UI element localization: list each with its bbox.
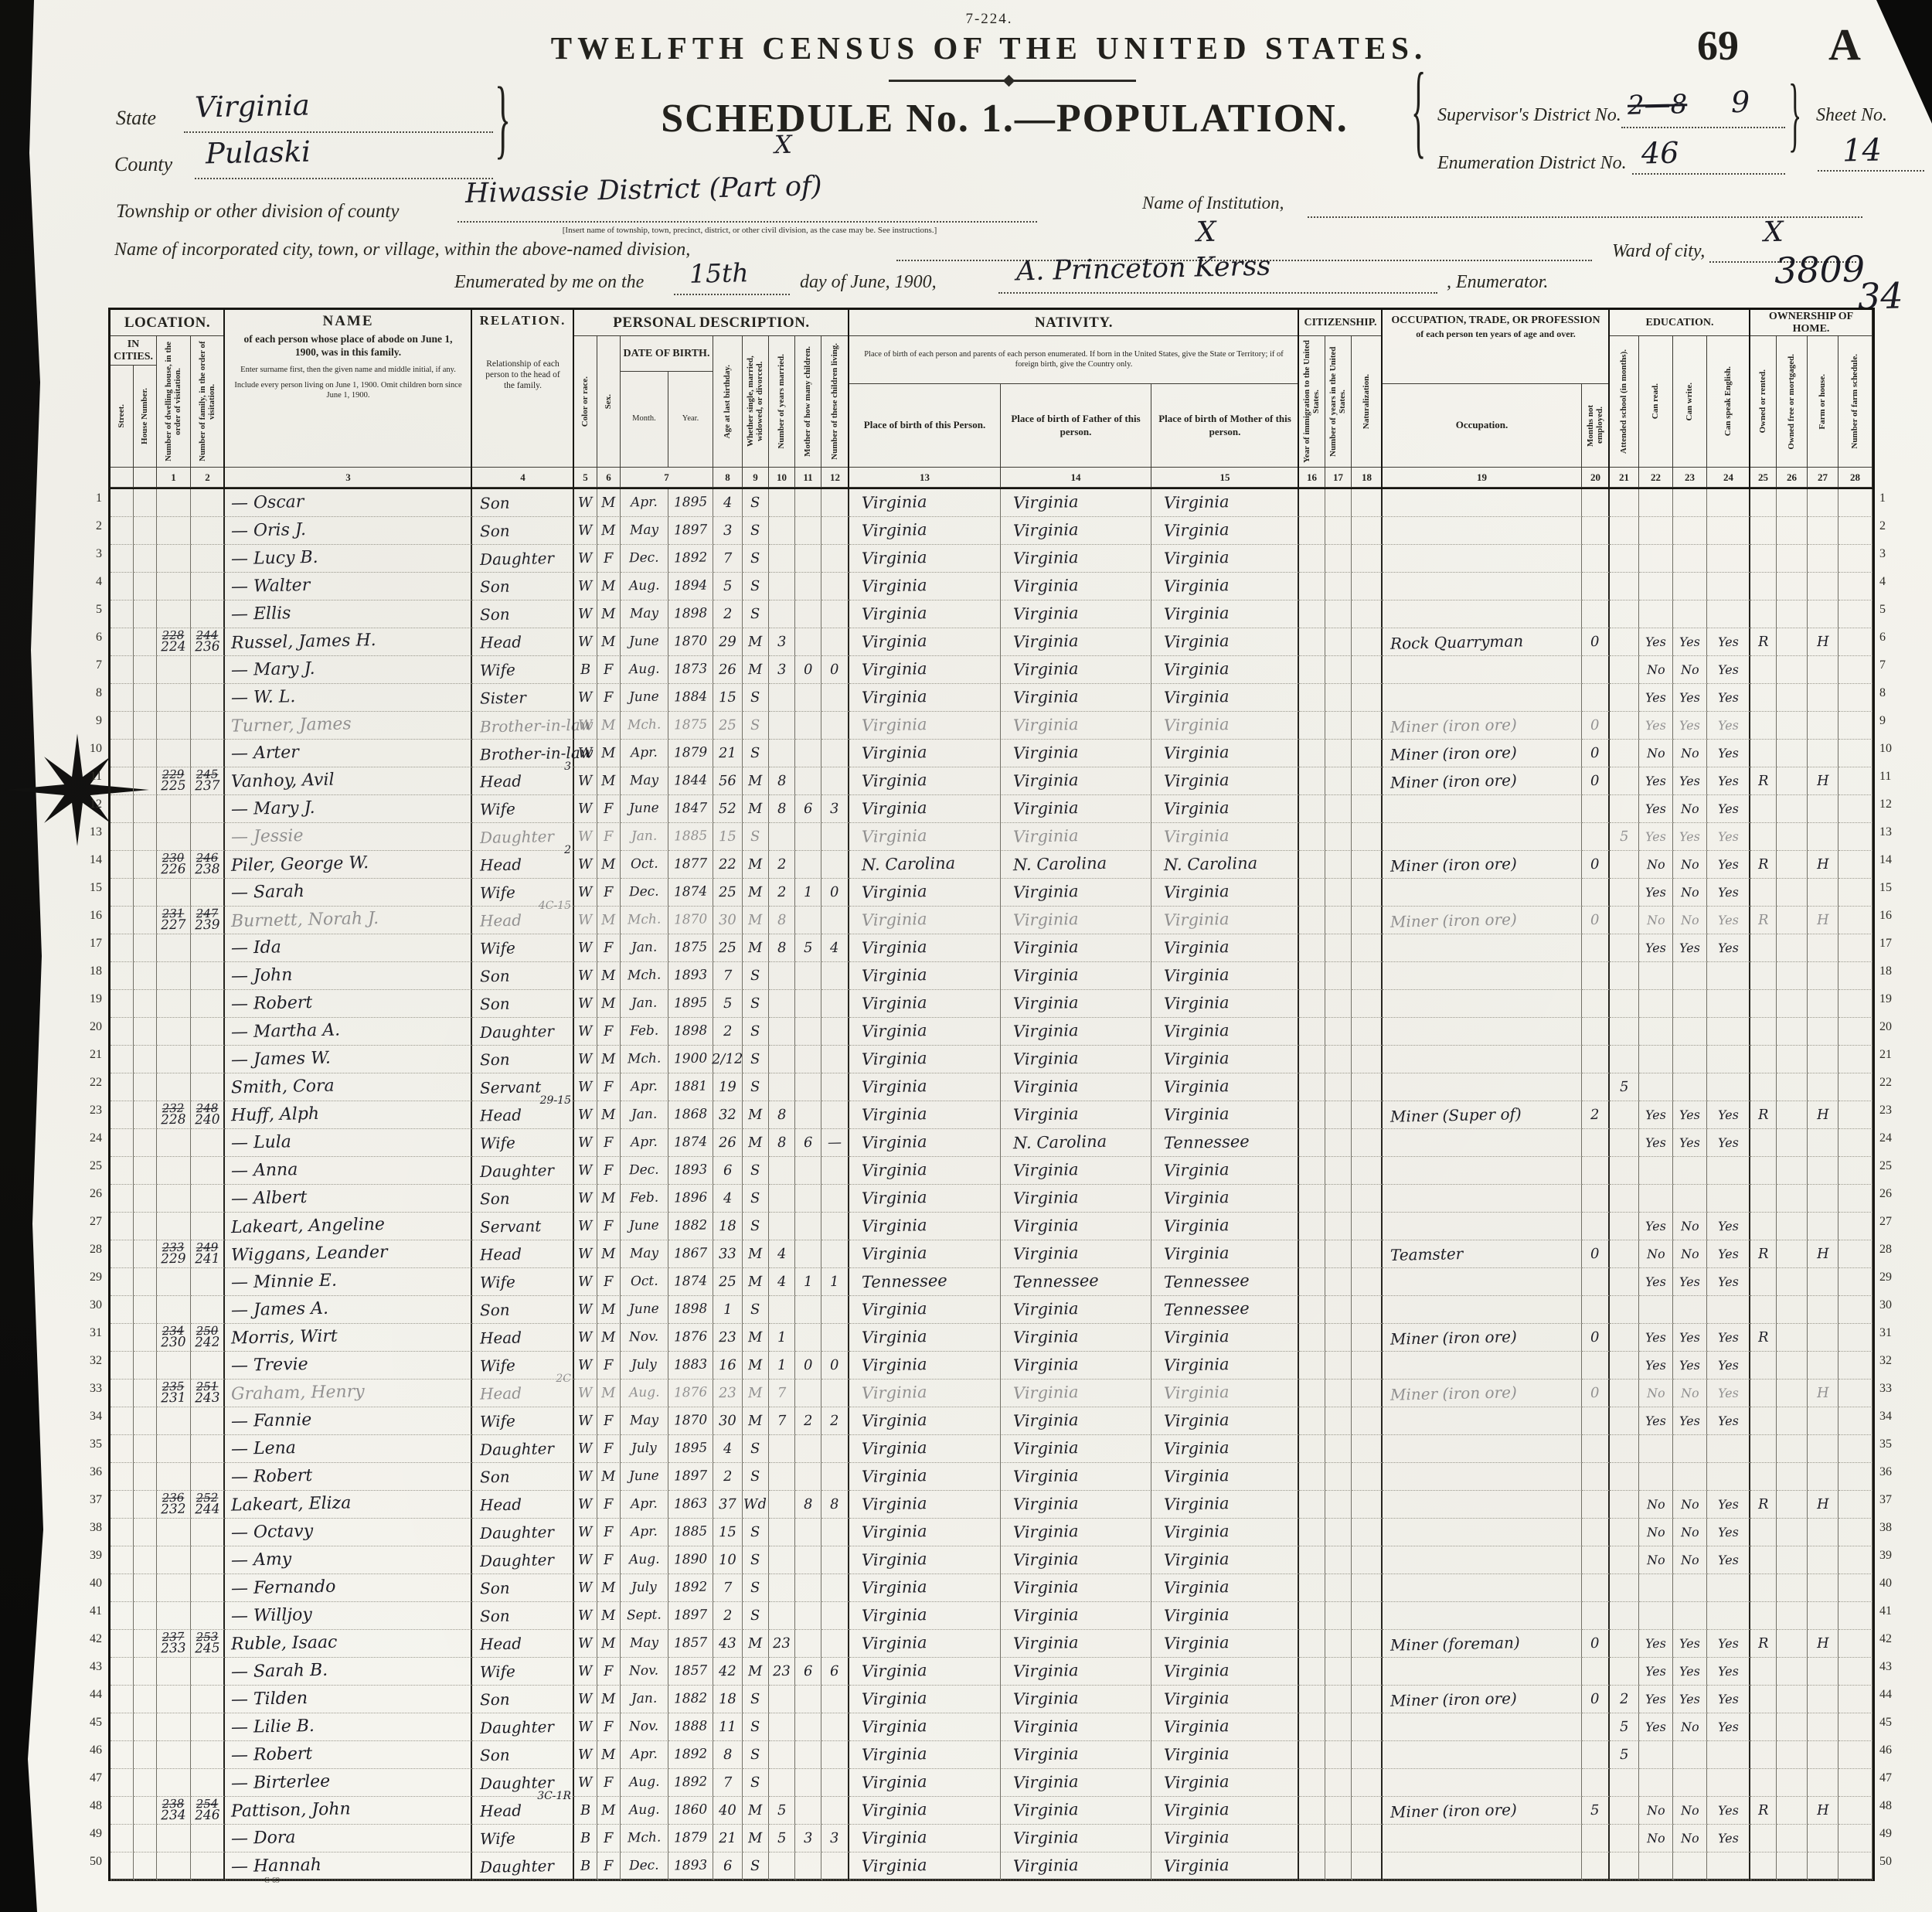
row-36-yrs_married <box>769 1463 795 1491</box>
right-row-number-17: 17 <box>1879 937 1909 951</box>
row-8-farm_schedule <box>1838 684 1872 712</box>
row-24-months_not_employed <box>1582 1129 1610 1157</box>
row-13-children_living <box>821 823 849 851</box>
row-4-street <box>111 573 134 600</box>
sheet-number-label: Sheet No. <box>1816 105 1887 126</box>
row-8-school <box>1610 684 1639 712</box>
row-18-bp_mother: Virginia <box>1151 962 1299 990</box>
row-7-months_not_employed <box>1582 656 1610 684</box>
row-26-children_living <box>821 1185 849 1213</box>
row-5-bp_mother: Virginia <box>1151 600 1299 628</box>
row-34-read: Yes <box>1639 1407 1673 1435</box>
row-37-name: Lakeart, Eliza <box>225 1491 472 1519</box>
row-13-immig_year <box>1299 823 1325 851</box>
row-2-mortgage <box>1777 517 1808 545</box>
row-19-immig_year <box>1299 990 1325 1018</box>
row-7-farm_house <box>1808 656 1838 684</box>
row-12-months_not_employed <box>1582 795 1610 823</box>
row-28-bp_father: Virginia <box>1001 1240 1151 1268</box>
row-31-english: Yes <box>1707 1324 1750 1352</box>
state-county-brace: } <box>495 67 511 170</box>
row-10-read: No <box>1639 740 1673 767</box>
row-1-years_us <box>1325 489 1352 517</box>
row-50-naturalization <box>1352 1852 1383 1880</box>
row-3-months_not_employed <box>1582 545 1610 573</box>
row-3-street <box>111 545 134 573</box>
row-5-age: 2 <box>713 600 743 628</box>
row-4-farm_schedule <box>1838 573 1872 600</box>
row-13-bp_father: Virginia <box>1001 823 1151 851</box>
row-36-bp_father: Virginia <box>1001 1463 1151 1491</box>
row-11-children_living <box>821 767 849 795</box>
row-18-months_not_employed <box>1582 962 1610 990</box>
row-24-farm_schedule <box>1838 1129 1872 1157</box>
row-28-mortgage <box>1777 1240 1808 1268</box>
row-46-read <box>1639 1741 1673 1769</box>
row-29-english: Yes <box>1707 1268 1750 1296</box>
row-2-farm_house <box>1808 517 1838 545</box>
row-12-month: June <box>621 795 668 823</box>
row-18-owned <box>1750 962 1777 990</box>
row-1-naturalization <box>1352 489 1383 517</box>
county-label: County <box>114 153 172 176</box>
row-33-color: W <box>574 1380 597 1407</box>
row-28-write: No <box>1673 1240 1707 1268</box>
row-9-marital: S <box>743 712 769 740</box>
row-37-mother_of: 8 <box>795 1491 821 1519</box>
row-15-yrs_married: 2 <box>769 879 795 907</box>
row-34-name: — Fannie <box>225 1407 472 1435</box>
row-13-family <box>191 823 225 851</box>
row-36-write <box>1673 1463 1707 1491</box>
row-11-family: 245237 <box>191 767 225 795</box>
row-28-bp_person: Virginia <box>849 1240 1001 1268</box>
row-38-bp_person: Virginia <box>849 1519 1001 1546</box>
row-37-write: No <box>1673 1491 1707 1519</box>
row-48-farm_schedule <box>1838 1797 1872 1825</box>
row-6-write: Yes <box>1673 628 1707 656</box>
row-4-immig_year <box>1299 573 1325 600</box>
row-5-mother_of <box>795 600 821 628</box>
row-40-children_living <box>821 1574 849 1602</box>
row-19-year: 1895 <box>668 990 713 1018</box>
row-49-months_not_employed <box>1582 1825 1610 1852</box>
enumerator-suffix: , Enumerator. <box>1447 272 1548 293</box>
row-14-street <box>111 851 134 879</box>
right-row-number-36: 36 <box>1879 1465 1909 1479</box>
row-35-year: 1895 <box>668 1435 713 1463</box>
row-17-year: 1875 <box>668 934 713 962</box>
row-25-farm_schedule <box>1838 1157 1872 1185</box>
row-4-color: W <box>574 573 597 600</box>
row-48-occupation: Miner (iron ore) <box>1383 1797 1582 1825</box>
row-4-relation: Son <box>472 573 574 600</box>
row-35-street <box>111 1435 134 1463</box>
row-45-age: 11 <box>713 1713 743 1741</box>
row-22-dwelling <box>157 1073 191 1101</box>
row-13-months_not_employed <box>1582 823 1610 851</box>
row-10-write: No <box>1673 740 1707 767</box>
right-row-number-37: 37 <box>1879 1493 1909 1507</box>
row-45-color: W <box>574 1713 597 1741</box>
row-45-bp_father: Virginia <box>1001 1713 1151 1741</box>
row-14-naturalization <box>1352 851 1383 879</box>
row-39-bp_mother: Virginia <box>1151 1546 1299 1574</box>
row-23-color: W <box>574 1101 597 1129</box>
row-4-yrs_married <box>769 573 795 600</box>
row-30-age: 1 <box>713 1296 743 1324</box>
row-50-children_living <box>821 1852 849 1880</box>
city-x-mark: X <box>1196 216 1216 249</box>
row-30-color: W <box>574 1296 597 1324</box>
row-36-month: June <box>621 1463 668 1491</box>
row-1-occupation <box>1383 489 1582 517</box>
row-24-mother_of: 6 <box>795 1129 821 1157</box>
row-6-month: June <box>621 628 668 656</box>
row-1-school <box>1610 489 1639 517</box>
row-29-years_us <box>1325 1268 1352 1296</box>
row-34-owned <box>1750 1407 1777 1435</box>
row-24-bp_father: N. Carolina <box>1001 1129 1151 1157</box>
row-32-farm_schedule <box>1838 1352 1872 1380</box>
row-41-immig_year <box>1299 1602 1325 1630</box>
row-38-farm_schedule <box>1838 1519 1872 1546</box>
row-31-bp_person: Virginia <box>849 1324 1001 1352</box>
row-14-children_living <box>821 851 849 879</box>
row-12-years_us <box>1325 795 1352 823</box>
row-16-name: Burnett, Norah J. <box>225 907 472 934</box>
row-37-school <box>1610 1491 1639 1519</box>
row-13-sex: F <box>597 823 621 851</box>
row-5-years_us <box>1325 600 1352 628</box>
row-28-children_living <box>821 1240 849 1268</box>
row-1-english <box>1707 489 1750 517</box>
row-50-bp_mother: Virginia <box>1151 1852 1299 1880</box>
row-14-english: Yes <box>1707 851 1750 879</box>
supervisor-district-label: Supervisor's District No. <box>1437 105 1621 126</box>
row-15-house <box>134 879 157 907</box>
row-23-dwelling: 232228 <box>157 1101 191 1129</box>
row-33-farm_house: H <box>1808 1380 1838 1407</box>
row-37-occupation <box>1383 1491 1582 1519</box>
row-13-street <box>111 823 134 851</box>
row-2-year: 1897 <box>668 517 713 545</box>
row-29-children_living: 1 <box>821 1268 849 1296</box>
row-19-mother_of <box>795 990 821 1018</box>
row-25-english <box>1707 1157 1750 1185</box>
row-28-owned: R <box>1750 1240 1777 1268</box>
row-47-months_not_employed <box>1582 1769 1610 1797</box>
row-4-owned <box>1750 573 1777 600</box>
row-30-yrs_married <box>769 1296 795 1324</box>
row-3-dwelling <box>157 545 191 573</box>
row-11-house <box>134 767 157 795</box>
row-11-bp_father: Virginia <box>1001 767 1151 795</box>
row-44-owned <box>1750 1686 1777 1713</box>
row-17-street <box>111 934 134 962</box>
row-5-relation: Son <box>472 600 574 628</box>
row-23-age: 32 <box>713 1101 743 1129</box>
row-4-read <box>1639 573 1673 600</box>
row-45-immig_year <box>1299 1713 1325 1741</box>
row-35-age: 4 <box>713 1435 743 1463</box>
row-29-color: W <box>574 1268 597 1296</box>
row-29-sex: F <box>597 1268 621 1296</box>
row-50-yrs_married <box>769 1852 795 1880</box>
row-2-house <box>134 517 157 545</box>
row-8-months_not_employed <box>1582 684 1610 712</box>
row-10-years_us <box>1325 740 1352 767</box>
row-8-house <box>134 684 157 712</box>
row-19-name: — Robert <box>225 990 472 1018</box>
row-34-immig_year <box>1299 1407 1325 1435</box>
left-row-number-2: 2 <box>73 519 102 533</box>
row-14-farm_house: H <box>1808 851 1838 879</box>
row-6-sex: M <box>597 628 621 656</box>
row-46-write <box>1673 1741 1707 1769</box>
row-47-street <box>111 1769 134 1797</box>
row-5-yrs_married <box>769 600 795 628</box>
row-24-immig_year <box>1299 1129 1325 1157</box>
row-48-farm_house: H <box>1808 1797 1838 1825</box>
row-21-family <box>191 1046 225 1073</box>
row-11-name: Vanhoy, Avil <box>225 767 472 795</box>
row-8-bp_mother: Virginia <box>1151 684 1299 712</box>
row-46-dwelling <box>157 1741 191 1769</box>
row-11-sex: M <box>597 767 621 795</box>
row-16-marital: M <box>743 907 769 934</box>
row-16-mortgage <box>1777 907 1808 934</box>
row-32-mortgage <box>1777 1352 1808 1380</box>
row-32-dwelling <box>157 1352 191 1380</box>
row-34-occupation <box>1383 1407 1582 1435</box>
row-3-color: W <box>574 545 597 573</box>
page-letter: A <box>1828 19 1861 70</box>
right-row-number-19: 19 <box>1879 992 1909 1006</box>
col-number-house <box>134 468 157 488</box>
row-17-age: 25 <box>713 934 743 962</box>
row-45-months_not_employed <box>1582 1713 1610 1741</box>
row-12-immig_year <box>1299 795 1325 823</box>
row-7-bp_person: Virginia <box>849 656 1001 684</box>
row-26-naturalization <box>1352 1185 1383 1213</box>
row-28-relation: Head <box>472 1240 574 1268</box>
row-6-farm_house: H <box>1808 628 1838 656</box>
row-20-bp_person: Virginia <box>849 1018 1001 1046</box>
row-19-bp_father: Virginia <box>1001 990 1151 1018</box>
right-row-number-46: 46 <box>1879 1744 1909 1757</box>
row-20-years_us <box>1325 1018 1352 1046</box>
row-29-read: Yes <box>1639 1268 1673 1296</box>
row-20-color: W <box>574 1018 597 1046</box>
col-number-relation: 4 <box>472 468 574 488</box>
row-33-naturalization <box>1352 1380 1383 1407</box>
row-22-occupation <box>1383 1073 1582 1101</box>
row-46-school: 5 <box>1610 1741 1639 1769</box>
row-30-occupation <box>1383 1296 1582 1324</box>
row-9-years_us <box>1325 712 1352 740</box>
row-15-street <box>111 879 134 907</box>
row-15-marital: M <box>743 879 769 907</box>
row-22-immig_year <box>1299 1073 1325 1101</box>
row-10-family <box>191 740 225 767</box>
row-32-color: W <box>574 1352 597 1380</box>
row-36-bp_mother: Virginia <box>1151 1463 1299 1491</box>
right-row-number-50: 50 <box>1879 1855 1909 1869</box>
row-11-write: Yes <box>1673 767 1707 795</box>
row-2-marital: S <box>743 517 769 545</box>
row-33-name: Graham, Henry <box>225 1380 472 1407</box>
row-14-relation: Head2 <box>472 851 574 879</box>
row-31-immig_year <box>1299 1324 1325 1352</box>
row-15-write: No <box>1673 879 1707 907</box>
row-27-occupation <box>1383 1213 1582 1240</box>
row-21-year: 1900 <box>668 1046 713 1073</box>
row-50-month: Dec. <box>621 1852 668 1880</box>
row-7-mother_of: 0 <box>795 656 821 684</box>
row-18-farm_schedule <box>1838 962 1872 990</box>
right-row-number-48: 48 <box>1879 1799 1909 1813</box>
row-33-year: 1876 <box>668 1380 713 1407</box>
row-5-dwelling <box>157 600 191 628</box>
row-50-mother_of <box>795 1852 821 1880</box>
row-11-bp_mother: Virginia <box>1151 767 1299 795</box>
row-15-english: Yes <box>1707 879 1750 907</box>
row-10-bp_person: Virginia <box>849 740 1001 767</box>
row-33-farm_schedule <box>1838 1380 1872 1407</box>
row-49-farm_schedule <box>1838 1825 1872 1852</box>
row-5-bp_father: Virginia <box>1001 600 1151 628</box>
row-2-dwelling <box>157 517 191 545</box>
row-25-bp_person: Virginia <box>849 1157 1001 1185</box>
row-1-sex: M <box>597 489 621 517</box>
row-46-bp_person: Virginia <box>849 1741 1001 1769</box>
row-6-marital: M <box>743 628 769 656</box>
row-21-school <box>1610 1046 1639 1073</box>
row-18-mother_of <box>795 962 821 990</box>
row-2-english <box>1707 517 1750 545</box>
row-33-sex: M <box>597 1380 621 1407</box>
row-37-year: 1863 <box>668 1491 713 1519</box>
schedule-title: SCHEDULE No. 1.—POPULATION. <box>541 96 1468 141</box>
row-1-bp_person: Virginia <box>849 489 1001 517</box>
row-8-relation: Sister <box>472 684 574 712</box>
row-9-relation: Brother-in-law <box>472 712 574 740</box>
row-9-month: Mch. <box>621 712 668 740</box>
row-42-street <box>111 1630 134 1658</box>
row-50-english <box>1707 1852 1750 1880</box>
row-42-family: 253245 <box>191 1630 225 1658</box>
row-23-bp_person: Virginia <box>849 1101 1001 1129</box>
row-10-age: 21 <box>713 740 743 767</box>
row-36-children_living <box>821 1463 849 1491</box>
row-15-dwelling <box>157 879 191 907</box>
row-22-farm_schedule <box>1838 1073 1872 1101</box>
row-31-street <box>111 1324 134 1352</box>
row-48-children_living <box>821 1797 849 1825</box>
row-10-farm_schedule <box>1838 740 1872 767</box>
row-32-school <box>1610 1352 1639 1380</box>
row-34-sex: F <box>597 1407 621 1435</box>
row-45-english: Yes <box>1707 1713 1750 1741</box>
row-26-bp_mother: Virginia <box>1151 1185 1299 1213</box>
left-row-number-28: 28 <box>73 1243 102 1257</box>
row-33-children_living <box>821 1380 849 1407</box>
row-38-marital: S <box>743 1519 769 1546</box>
row-17-owned <box>1750 934 1777 962</box>
row-2-bp_father: Virginia <box>1001 517 1151 545</box>
row-17-months_not_employed <box>1582 934 1610 962</box>
row-1-months_not_employed <box>1582 489 1610 517</box>
row-44-family <box>191 1686 225 1713</box>
row-38-school <box>1610 1519 1639 1546</box>
row-31-occupation: Miner (iron ore) <box>1383 1324 1582 1352</box>
row-42-month: May <box>621 1630 668 1658</box>
row-11-dwelling: 229225 <box>157 767 191 795</box>
row-34-months_not_employed <box>1582 1407 1610 1435</box>
row-20-farm_schedule <box>1838 1018 1872 1046</box>
row-24-name: — Lula <box>225 1129 472 1157</box>
row-19-farm_schedule <box>1838 990 1872 1018</box>
col-header-birthplace-father: Place of birth of Father of this person. <box>1001 384 1151 468</box>
enumerator-underline <box>998 263 1437 294</box>
row-30-year: 1898 <box>668 1296 713 1324</box>
row-15-color: W <box>574 879 597 907</box>
row-27-months_not_employed <box>1582 1213 1610 1240</box>
row-41-color: W <box>574 1602 597 1630</box>
row-38-name: — Octavy <box>225 1519 472 1546</box>
row-31-relation: Head <box>472 1324 574 1352</box>
row-18-mortgage <box>1777 962 1808 990</box>
row-46-mother_of <box>795 1741 821 1769</box>
row-13-read: Yes <box>1639 823 1673 851</box>
row-23-naturalization <box>1352 1101 1383 1129</box>
row-44-marital: S <box>743 1686 769 1713</box>
row-28-yrs_married: 4 <box>769 1240 795 1268</box>
nativity-header: NATIVITY. <box>849 310 1299 336</box>
row-43-mother_of: 6 <box>795 1658 821 1686</box>
col-number-years_us: 17 <box>1325 468 1352 488</box>
row-8-marital: S <box>743 684 769 712</box>
row-42-house <box>134 1630 157 1658</box>
row-10-bp_father: Virginia <box>1001 740 1151 767</box>
left-row-number-47: 47 <box>73 1771 102 1785</box>
row-40-age: 7 <box>713 1574 743 1602</box>
row-23-children_living <box>821 1101 849 1129</box>
row-5-english <box>1707 600 1750 628</box>
row-33-immig_year <box>1299 1380 1325 1407</box>
row-35-house <box>134 1435 157 1463</box>
col-number-mortgage: 26 <box>1777 468 1808 488</box>
right-row-number-49: 49 <box>1879 1827 1909 1841</box>
row-19-occupation <box>1383 990 1582 1018</box>
row-15-mortgage <box>1777 879 1808 907</box>
row-20-read <box>1639 1018 1673 1046</box>
row-6-dwelling: 228224 <box>157 628 191 656</box>
row-24-house <box>134 1129 157 1157</box>
row-22-marital: S <box>743 1073 769 1101</box>
row-44-immig_year <box>1299 1686 1325 1713</box>
row-3-mortgage <box>1777 545 1808 573</box>
nativity-note: Place of birth of each person and parent… <box>849 336 1299 384</box>
row-6-read: Yes <box>1639 628 1673 656</box>
row-17-farm_schedule <box>1838 934 1872 962</box>
row-29-naturalization <box>1352 1268 1383 1296</box>
left-row-number-23: 23 <box>73 1104 102 1118</box>
row-50-mortgage <box>1777 1852 1808 1880</box>
ward-x-mark: X <box>1764 216 1784 249</box>
row-15-read: Yes <box>1639 879 1673 907</box>
